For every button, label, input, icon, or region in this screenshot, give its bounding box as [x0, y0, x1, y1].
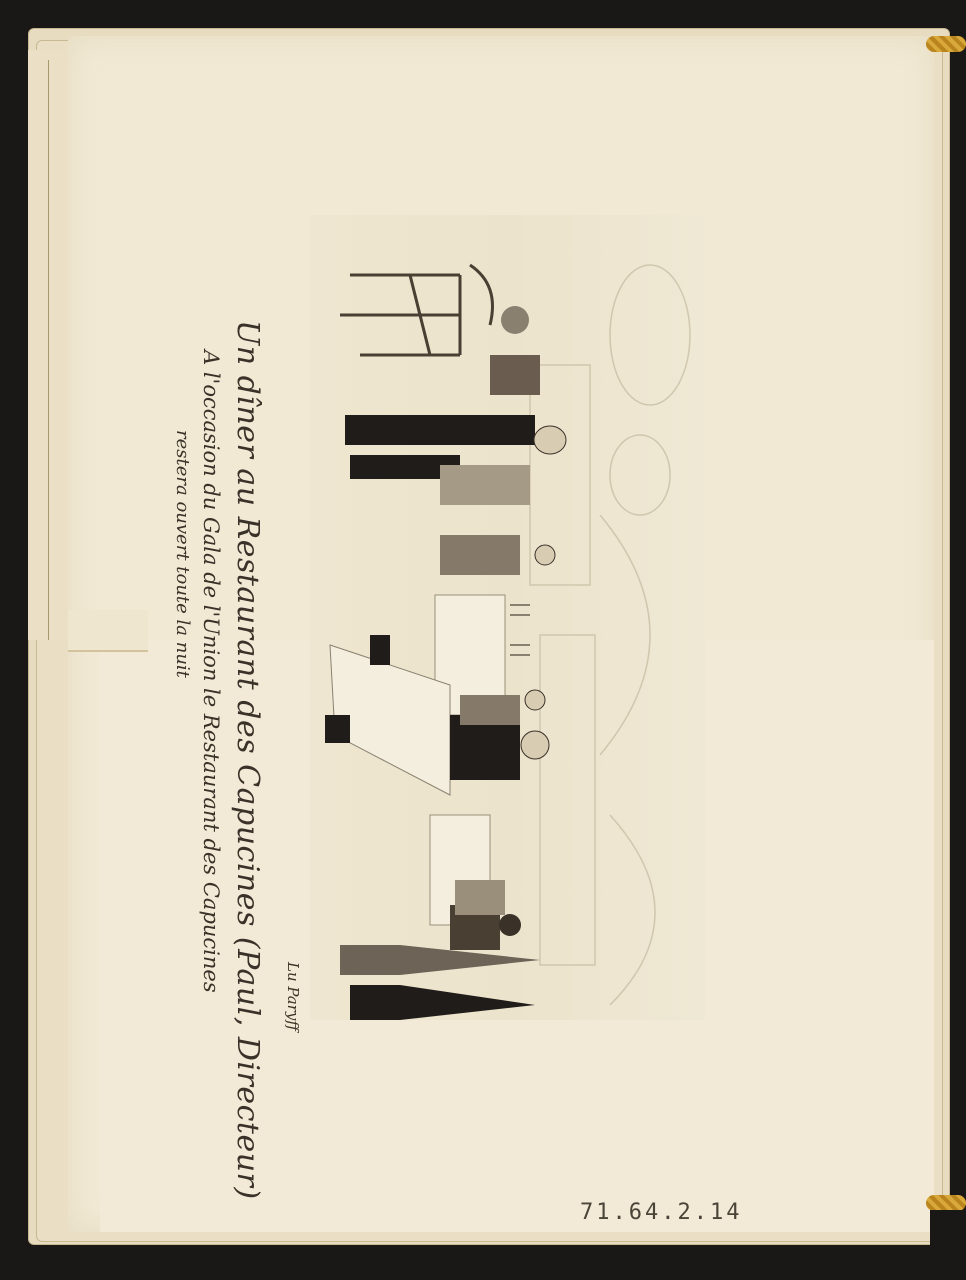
illustration [310, 215, 705, 1020]
caption-subtitle: A l'occasion du Gala de l'Union le Resta… [199, 350, 223, 993]
catalog-number: 71.64.2.14 [580, 1200, 742, 1225]
binding-cord-icon [926, 1195, 966, 1211]
torn-edge [68, 610, 148, 652]
caption-title: Un dîner au Restaurant des Capucines (Pa… [230, 320, 265, 1200]
artist-signature: Lu Paryff [284, 962, 302, 1031]
binding-cord-icon [926, 36, 966, 52]
etching-illustration-icon [310, 215, 705, 1020]
caption-note: restera ouvert toute la nuit [172, 430, 193, 678]
page-notch [930, 1210, 966, 1280]
